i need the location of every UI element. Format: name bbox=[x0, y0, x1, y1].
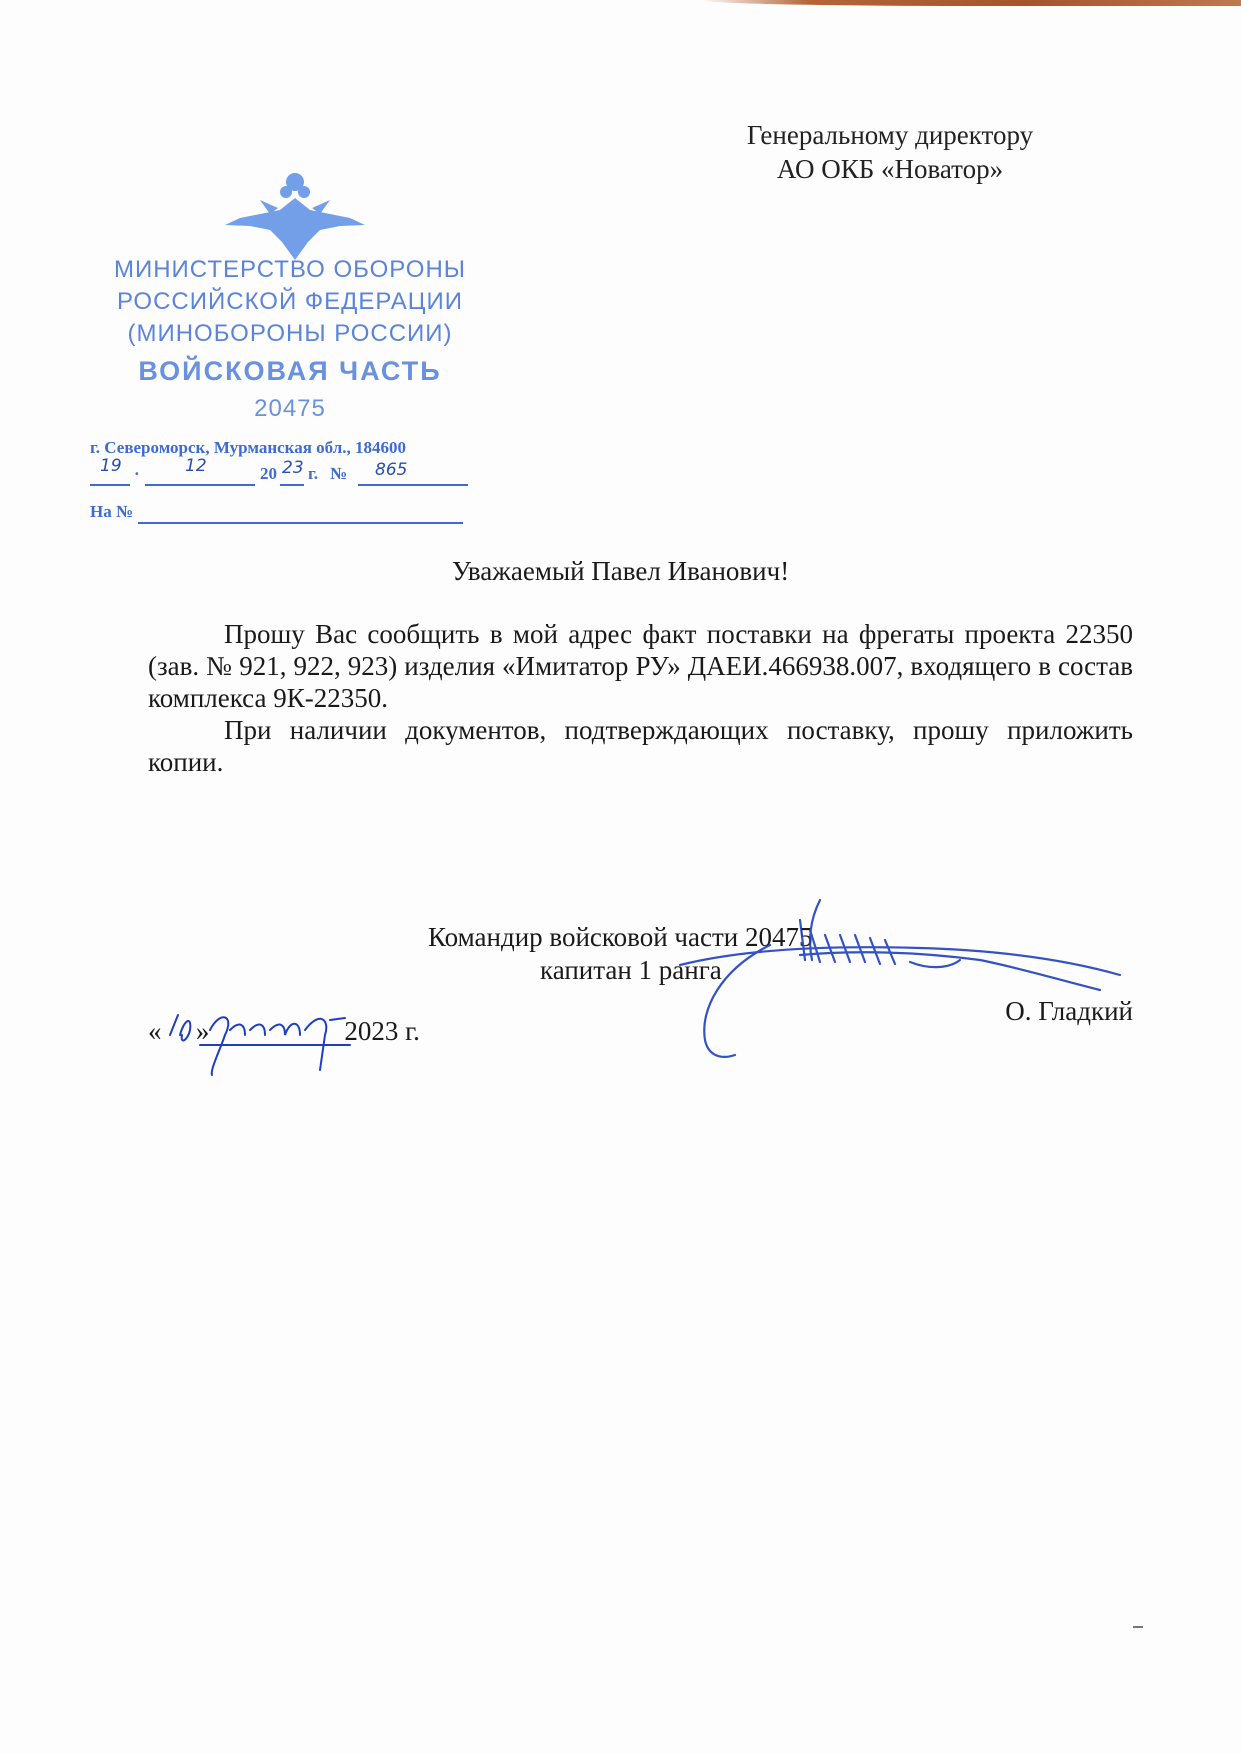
stamp-ministry-line1: МИНИСТЕРСТВО ОБОРОНЫ bbox=[90, 256, 490, 284]
paper-edge-shadow bbox=[700, 0, 1241, 6]
letter-body: Прошу Вас сообщить в мой адрес факт пост… bbox=[148, 618, 1133, 778]
addressee-position: Генеральному директору bbox=[700, 118, 1080, 152]
stamp-ministry-line3: (МИНОБОРОНЫ РОССИИ) bbox=[90, 320, 490, 348]
stamp-year-label: г. bbox=[308, 464, 318, 484]
stamp-outgoing-number: 865 bbox=[375, 460, 407, 480]
stamp-number-label: № bbox=[330, 464, 347, 484]
addressee-organization: АО ОКБ «Новатор» bbox=[700, 152, 1080, 186]
date-open-quote: « bbox=[148, 1016, 162, 1046]
stamp-date-day: 19 bbox=[100, 456, 122, 476]
addressee-block: Генеральному директору АО ОКБ «Новатор» bbox=[700, 118, 1080, 186]
stamp-address: г. Североморск, Мурманская обл., 184600 bbox=[90, 438, 490, 458]
letter-date: «19»декабря2023 г. bbox=[148, 1016, 420, 1047]
double-headed-eagle-icon bbox=[220, 170, 370, 260]
stamp-date-number-line: 19 · 12 20 23 г. № 865 bbox=[90, 462, 490, 492]
salutation: Уважаемый Павел Иванович! bbox=[0, 556, 1241, 587]
stamp-unit-number: 20475 bbox=[90, 395, 490, 423]
body-paragraph-1: Прошу Вас сообщить в мой адрес факт пост… bbox=[148, 618, 1133, 714]
stamp-ministry-line2: РОССИЙСКОЙ ФЕДЕРАЦИИ bbox=[90, 288, 490, 316]
stamp-reply-label: На № bbox=[90, 502, 133, 522]
scan-mark bbox=[1133, 1626, 1143, 1628]
date-year: 2023 г. bbox=[344, 1016, 420, 1046]
stamp-year-suffix: 23 bbox=[282, 458, 304, 478]
handwritten-signature-icon bbox=[660, 890, 1140, 1070]
stamp-reply-line bbox=[138, 522, 463, 524]
date-close-quote: » bbox=[196, 1016, 210, 1046]
stamp-unit-label: ВОЙСКОВАЯ ЧАСТЬ bbox=[90, 356, 490, 387]
letterhead-stamp: МИНИСТЕРСТВО ОБОРОНЫ РОССИЙСКОЙ ФЕДЕРАЦИ… bbox=[90, 170, 490, 540]
stamp-date-month: 12 bbox=[185, 456, 207, 476]
stamp-year-prefix: 20 bbox=[260, 464, 277, 484]
body-paragraph-2: При наличии документов, подтверждающих п… bbox=[148, 714, 1133, 778]
